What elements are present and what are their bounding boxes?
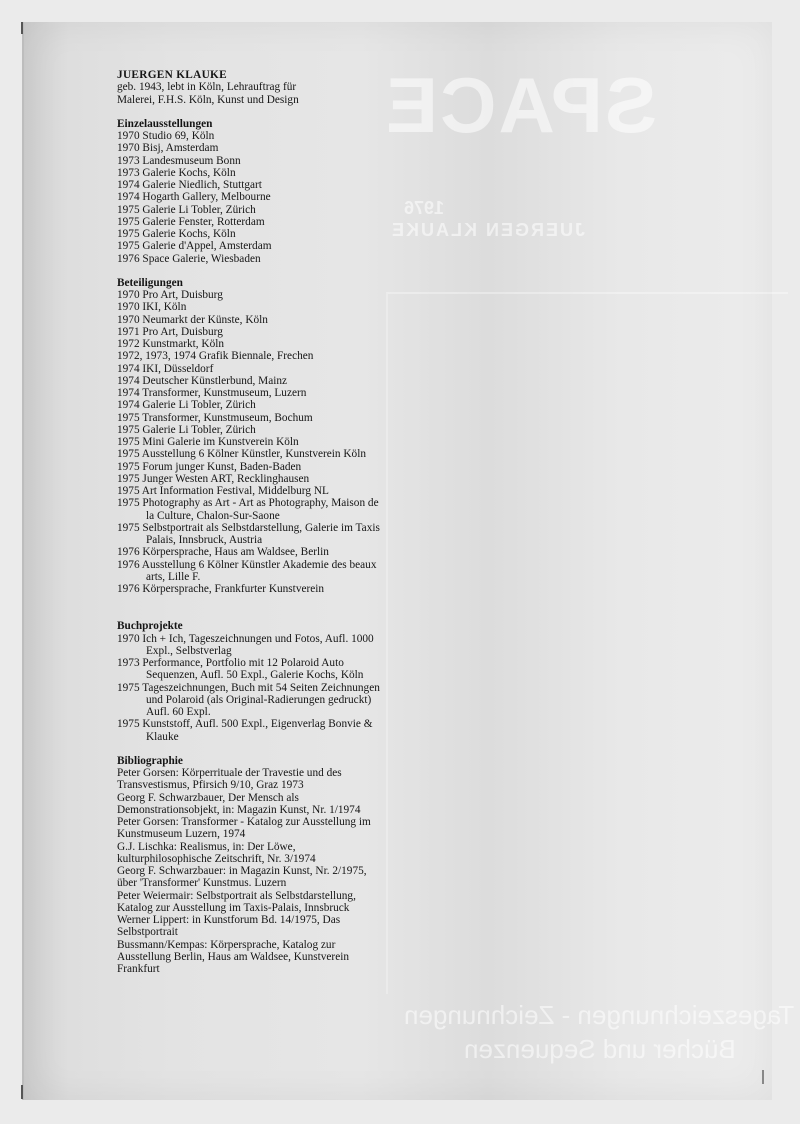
- section-buchprojekte: Buchprojekte 1970 Ich + Ich, Tageszeichn…: [117, 620, 387, 743]
- section-heading: Einzelausstellungen: [117, 118, 387, 130]
- show-through-artist: JUERGEN KLAUKE: [390, 220, 585, 241]
- show-through-title: SPACE: [384, 60, 657, 151]
- bibliography-entry: Bussmann/Kempas: Körpersprache, Katalog …: [117, 939, 387, 976]
- show-through-caption-1: Tageszeichnungen - Zeichnungen: [404, 1000, 794, 1031]
- list-item: 1975 Junger Westen ART, Recklinghausen: [117, 473, 387, 485]
- list-item: 1975 Selbstportrait als Selbstdarstellun…: [117, 522, 387, 547]
- entry-year: 1970: [117, 314, 142, 326]
- section-beteiligungen: Beteiligungen 1970 Pro Art, Duisburg1970…: [117, 277, 387, 596]
- show-through-caption-2: Bücher und Sequenzen: [464, 1034, 736, 1065]
- entry-year: 1974: [117, 399, 142, 411]
- entry-year: 1970: [117, 301, 142, 313]
- list-item: 1976 Körpersprache, Haus am Waldsee, Ber…: [117, 546, 387, 558]
- bio-line: geb. 1943, lebt in Köln, Lehrauftrag für: [117, 81, 387, 93]
- entry-text: Bisj, Amsterdam: [142, 142, 218, 154]
- entry-year: 1970: [117, 130, 142, 142]
- bibliography-entry: Peter Gorsen: Transformer - Katalog zur …: [117, 816, 387, 841]
- entry-year: 1975: [117, 204, 142, 216]
- list-item: 1974 Transformer, Kunstmuseum, Luzern: [117, 387, 387, 399]
- list-item: 1975 Photography as Art - Art as Photogr…: [117, 497, 387, 522]
- list-item: 1974 Galerie Niedlich, Stuttgart: [117, 179, 387, 191]
- entry-text: Galerie Li Tobler, Zürich: [142, 399, 255, 411]
- list-item: 1975 Galerie Li Tobler, Zürich: [117, 204, 387, 216]
- entry-year: 1975: [117, 424, 142, 436]
- list-item: 1976 Space Galerie, Wiesbaden: [117, 253, 387, 265]
- entry-year: 1975: [117, 216, 142, 228]
- bio-line: Malerei, F.H.S. Köln, Kunst und Design: [117, 94, 387, 106]
- entry-text: Galerie Kochs, Köln: [142, 167, 235, 179]
- entry-year: 1975: [117, 412, 142, 424]
- section-heading: Buchprojekte: [117, 620, 387, 632]
- entry-year: 1975: [117, 682, 142, 694]
- entry-year: 1976: [117, 559, 142, 571]
- list-item: 1976 Ausstellung 6 Kölner Künstler Akade…: [117, 559, 387, 584]
- entry-text: Galerie d'Appel, Amsterdam: [142, 240, 271, 252]
- entry-text: Galerie Li Tobler, Zürich: [142, 204, 255, 216]
- list-item: 1973 Landesmuseum Bonn: [117, 155, 387, 167]
- entry-text: Forum junger Kunst, Baden-Baden: [142, 461, 301, 473]
- list-item: 1975 Kunststoff, Aufl. 500 Expl., Eigenv…: [117, 718, 387, 743]
- entry-text: Pro Art, Duisburg: [142, 326, 222, 338]
- entry-year: 1972: [117, 338, 142, 350]
- list-item: 1975 Galerie Fenster, Rotterdam: [117, 216, 387, 228]
- bibliography-entry: G.J. Lischka: Realismus, in: Der Löwe, k…: [117, 841, 387, 866]
- entry-text: Kunstmarkt, Köln: [142, 338, 224, 350]
- list-item: 1972 Kunstmarkt, Köln: [117, 338, 387, 350]
- entry-text: Hogarth Gallery, Melbourne: [142, 191, 270, 203]
- entry-year: 1970: [117, 289, 142, 301]
- list-item: 1970 Studio 69, Köln: [117, 130, 387, 142]
- list-item: 1976 Körpersprache, Frankfurter Kunstver…: [117, 583, 387, 595]
- list-item: 1975 Galerie d'Appel, Amsterdam: [117, 240, 387, 252]
- entry-text: Tageszeichnungen, Buch mit 54 Seiten Zei…: [142, 682, 380, 719]
- list-item: 1971 Pro Art, Duisburg: [117, 326, 387, 338]
- page-edge-mark: [21, 22, 23, 34]
- list-item: 1974 IKI, Düsseldorf: [117, 363, 387, 375]
- entry-year: 1975: [117, 522, 142, 534]
- list-item: 1973 Performance, Portfolio mit 12 Polar…: [117, 657, 387, 682]
- page-edge-mark: [21, 1085, 23, 1099]
- entry-text: Junger Westen ART, Recklinghausen: [142, 473, 309, 485]
- entry-text: Körpersprache, Frankfurter Kunstverein: [142, 583, 324, 595]
- entry-year: 1974: [117, 179, 142, 191]
- entry-year: 1973: [117, 155, 142, 167]
- list-item: 1975 Galerie Kochs, Köln: [117, 228, 387, 240]
- bibliography-entry: Peter Weiermair: Selbstportrait als Selb…: [117, 890, 387, 915]
- entry-text: Galerie Niedlich, Stuttgart: [142, 179, 262, 191]
- show-through-frame: [386, 292, 788, 994]
- entry-year: 1975: [117, 485, 142, 497]
- entry-text: Ausstellung 6 Kölner Künstler, Kunstvere…: [142, 448, 366, 460]
- entry-text: Space Galerie, Wiesbaden: [142, 253, 260, 265]
- entry-text: Ausstellung 6 Kölner Künstler Akademie d…: [142, 559, 377, 583]
- entry-text: Mini Galerie im Kunstverein Köln: [142, 436, 298, 448]
- list-item: 1975 Forum junger Kunst, Baden-Baden: [117, 461, 387, 473]
- section-einzelausstellungen: Einzelausstellungen 1970 Studio 69, Köln…: [117, 118, 387, 265]
- bibliography-entry: Georg F. Schwarzbauer: in Magazin Kunst,…: [117, 865, 387, 890]
- entry-text: Galerie Kochs, Köln: [142, 228, 235, 240]
- entry-year: 1975: [117, 473, 142, 485]
- list-item: 1970 Pro Art, Duisburg: [117, 289, 387, 301]
- list-item: 1970 IKI, Köln: [117, 301, 387, 313]
- entry-text: Performance, Portfolio mit 12 Polaroid A…: [142, 657, 363, 681]
- entry-text: Deutscher Künstlerbund, Mainz: [142, 375, 287, 387]
- entry-text: Studio 69, Köln: [142, 130, 214, 142]
- entry-year: 1975: [117, 228, 142, 240]
- entry-year: 1974: [117, 375, 142, 387]
- entry-text: Galerie Li Tobler, Zürich: [142, 424, 255, 436]
- list-item: 1975 Galerie Li Tobler, Zürich: [117, 424, 387, 436]
- section-heading: Beteiligungen: [117, 277, 387, 289]
- entry-text: Pro Art, Duisburg: [142, 289, 222, 301]
- entry-text: Transformer, Kunstmuseum, Bochum: [142, 412, 312, 424]
- list-item: 1973 Galerie Kochs, Köln: [117, 167, 387, 179]
- list-item: 1970 Bisj, Amsterdam: [117, 142, 387, 154]
- entry-year: 1975: [117, 436, 142, 448]
- entry-year: 1970: [117, 633, 142, 645]
- entry-year: 1973: [117, 167, 142, 179]
- bibliography-entry: Werner Lippert: in Kunstforum Bd. 14/197…: [117, 914, 387, 939]
- list-item: 1975 Ausstellung 6 Kölner Künstler, Kuns…: [117, 448, 387, 460]
- list-item: 1975 Mini Galerie im Kunstverein Köln: [117, 436, 387, 448]
- artist-name: JUERGEN KLAUKE: [117, 69, 387, 81]
- list-item: 1970 Neumarkt der Künste, Köln: [117, 314, 387, 326]
- list-item: 1975 Transformer, Kunstmuseum, Bochum: [117, 412, 387, 424]
- entry-year: 1974: [117, 191, 142, 203]
- entry-year: 1976: [117, 253, 142, 265]
- entry-text: IKI, Köln: [142, 301, 186, 313]
- section-heading: Bibliographie: [117, 755, 387, 767]
- entry-text: Ich + Ich, Tageszeichnungen und Fotos, A…: [142, 633, 373, 657]
- list-item: 1970 Ich + Ich, Tageszeichnungen und Fot…: [117, 633, 387, 658]
- entry-year: 1975: [117, 497, 142, 509]
- entry-year: 1975: [117, 240, 142, 252]
- entry-text: Transformer, Kunstmuseum, Luzern: [142, 387, 306, 399]
- entry-year: 1974: [117, 363, 142, 375]
- entry-year: 1973: [117, 657, 142, 669]
- page-edge-mark: [762, 1070, 764, 1084]
- entry-text: Galerie Fenster, Rotterdam: [142, 216, 264, 228]
- entry-year: 1970: [117, 142, 142, 154]
- list-item: 1972, 1973, 1974 Grafik Biennale, Freche…: [117, 350, 387, 362]
- entry-year: 1976: [117, 583, 142, 595]
- entry-year: 1976: [117, 546, 142, 558]
- bibliography-entry: Georg F. Schwarzbauer, Der Mensch als De…: [117, 792, 387, 817]
- biography-text: JUERGEN KLAUKE geb. 1943, lebt in Köln, …: [117, 69, 387, 975]
- entry-year: 1972, 1973, 1974: [117, 350, 199, 362]
- bibliography-entry: Peter Gorsen: Körperrituale der Travesti…: [117, 767, 387, 792]
- list-item: 1974 Hogarth Gallery, Melbourne: [117, 191, 387, 203]
- entry-text: Kunststoff, Aufl. 500 Expl., Eigenverlag…: [142, 718, 372, 742]
- entry-text: Photography as Art - Art as Photography,…: [142, 497, 378, 521]
- show-through-year: 1976: [404, 198, 444, 219]
- list-item: 1975 Tageszeichnungen, Buch mit 54 Seite…: [117, 682, 387, 719]
- list-item: 1974 Deutscher Künstlerbund, Mainz: [117, 375, 387, 387]
- list-item: 1974 Galerie Li Tobler, Zürich: [117, 399, 387, 411]
- entry-text: Landesmuseum Bonn: [142, 155, 240, 167]
- entry-year: 1974: [117, 387, 142, 399]
- entry-year: 1975: [117, 718, 142, 730]
- entry-year: 1971: [117, 326, 142, 338]
- entry-text: Grafik Biennale, Frechen: [199, 350, 314, 362]
- entry-text: Selbstportrait als Selbstdarstellung, Ga…: [142, 522, 379, 546]
- entry-year: 1975: [117, 448, 142, 460]
- entry-text: Körpersprache, Haus am Waldsee, Berlin: [142, 546, 328, 558]
- entry-text: IKI, Düsseldorf: [142, 363, 213, 375]
- entry-year: 1975: [117, 461, 142, 473]
- section-bibliographie: Bibliographie Peter Gorsen: Körperritual…: [117, 755, 387, 976]
- entry-text: Art Information Festival, Middelburg NL: [142, 485, 329, 497]
- list-item: 1975 Art Information Festival, Middelbur…: [117, 485, 387, 497]
- entry-text: Neumarkt der Künste, Köln: [142, 314, 268, 326]
